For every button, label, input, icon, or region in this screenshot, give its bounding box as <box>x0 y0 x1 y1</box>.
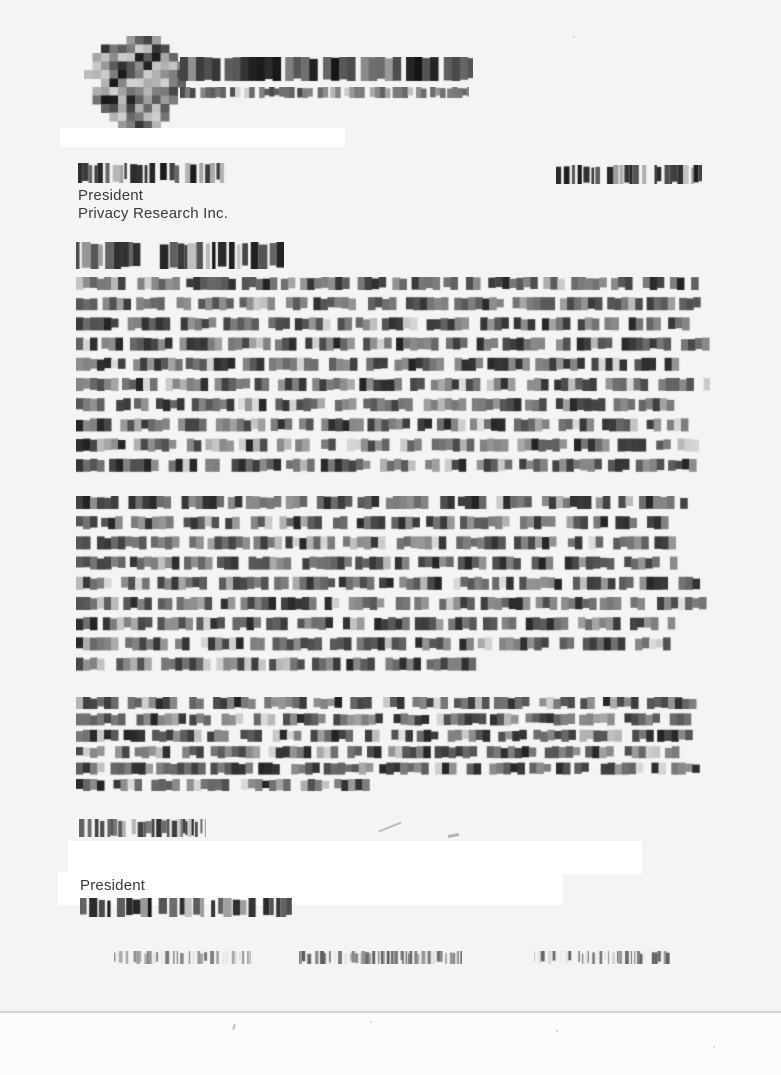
signature-stray-stroke-2 <box>448 833 459 838</box>
footer-email-pixelated <box>299 951 462 964</box>
signer-name-pixelated <box>79 819 206 837</box>
closing-title: President <box>80 877 145 896</box>
scanned-letter-page: President Privacy Research Inc. Presiden… <box>0 0 781 1075</box>
scan-speckle <box>573 36 575 38</box>
footer-website-pixelated <box>534 951 670 964</box>
salutation-redacted-bars <box>76 242 284 269</box>
scan-speckle <box>370 1021 372 1023</box>
letterhead-white-strip <box>60 128 345 147</box>
company-tagline-pixelated <box>180 87 469 100</box>
scan-bottom-strip <box>0 1013 781 1075</box>
scan-speckle <box>556 1030 558 1032</box>
scan-speckle <box>713 1046 715 1048</box>
signature-redaction-box <box>68 841 642 874</box>
recipient-title: President <box>78 187 143 206</box>
letter-date-pixelated <box>556 165 702 184</box>
recipient-company: Privacy Research Inc. <box>78 205 228 224</box>
body-paragraph-3-pixelated <box>76 697 714 793</box>
company-name-pixelated <box>180 57 473 84</box>
company-logo-pixelated-icon <box>84 36 186 130</box>
body-paragraph-2-pixelated <box>76 496 710 674</box>
footer-phone-pixelated <box>114 951 251 964</box>
signature-stray-stroke-1 <box>378 822 401 833</box>
closing-company-pixelated <box>80 898 292 917</box>
body-paragraph-1-pixelated <box>76 277 710 473</box>
recipient-name-pixelated <box>78 163 226 183</box>
